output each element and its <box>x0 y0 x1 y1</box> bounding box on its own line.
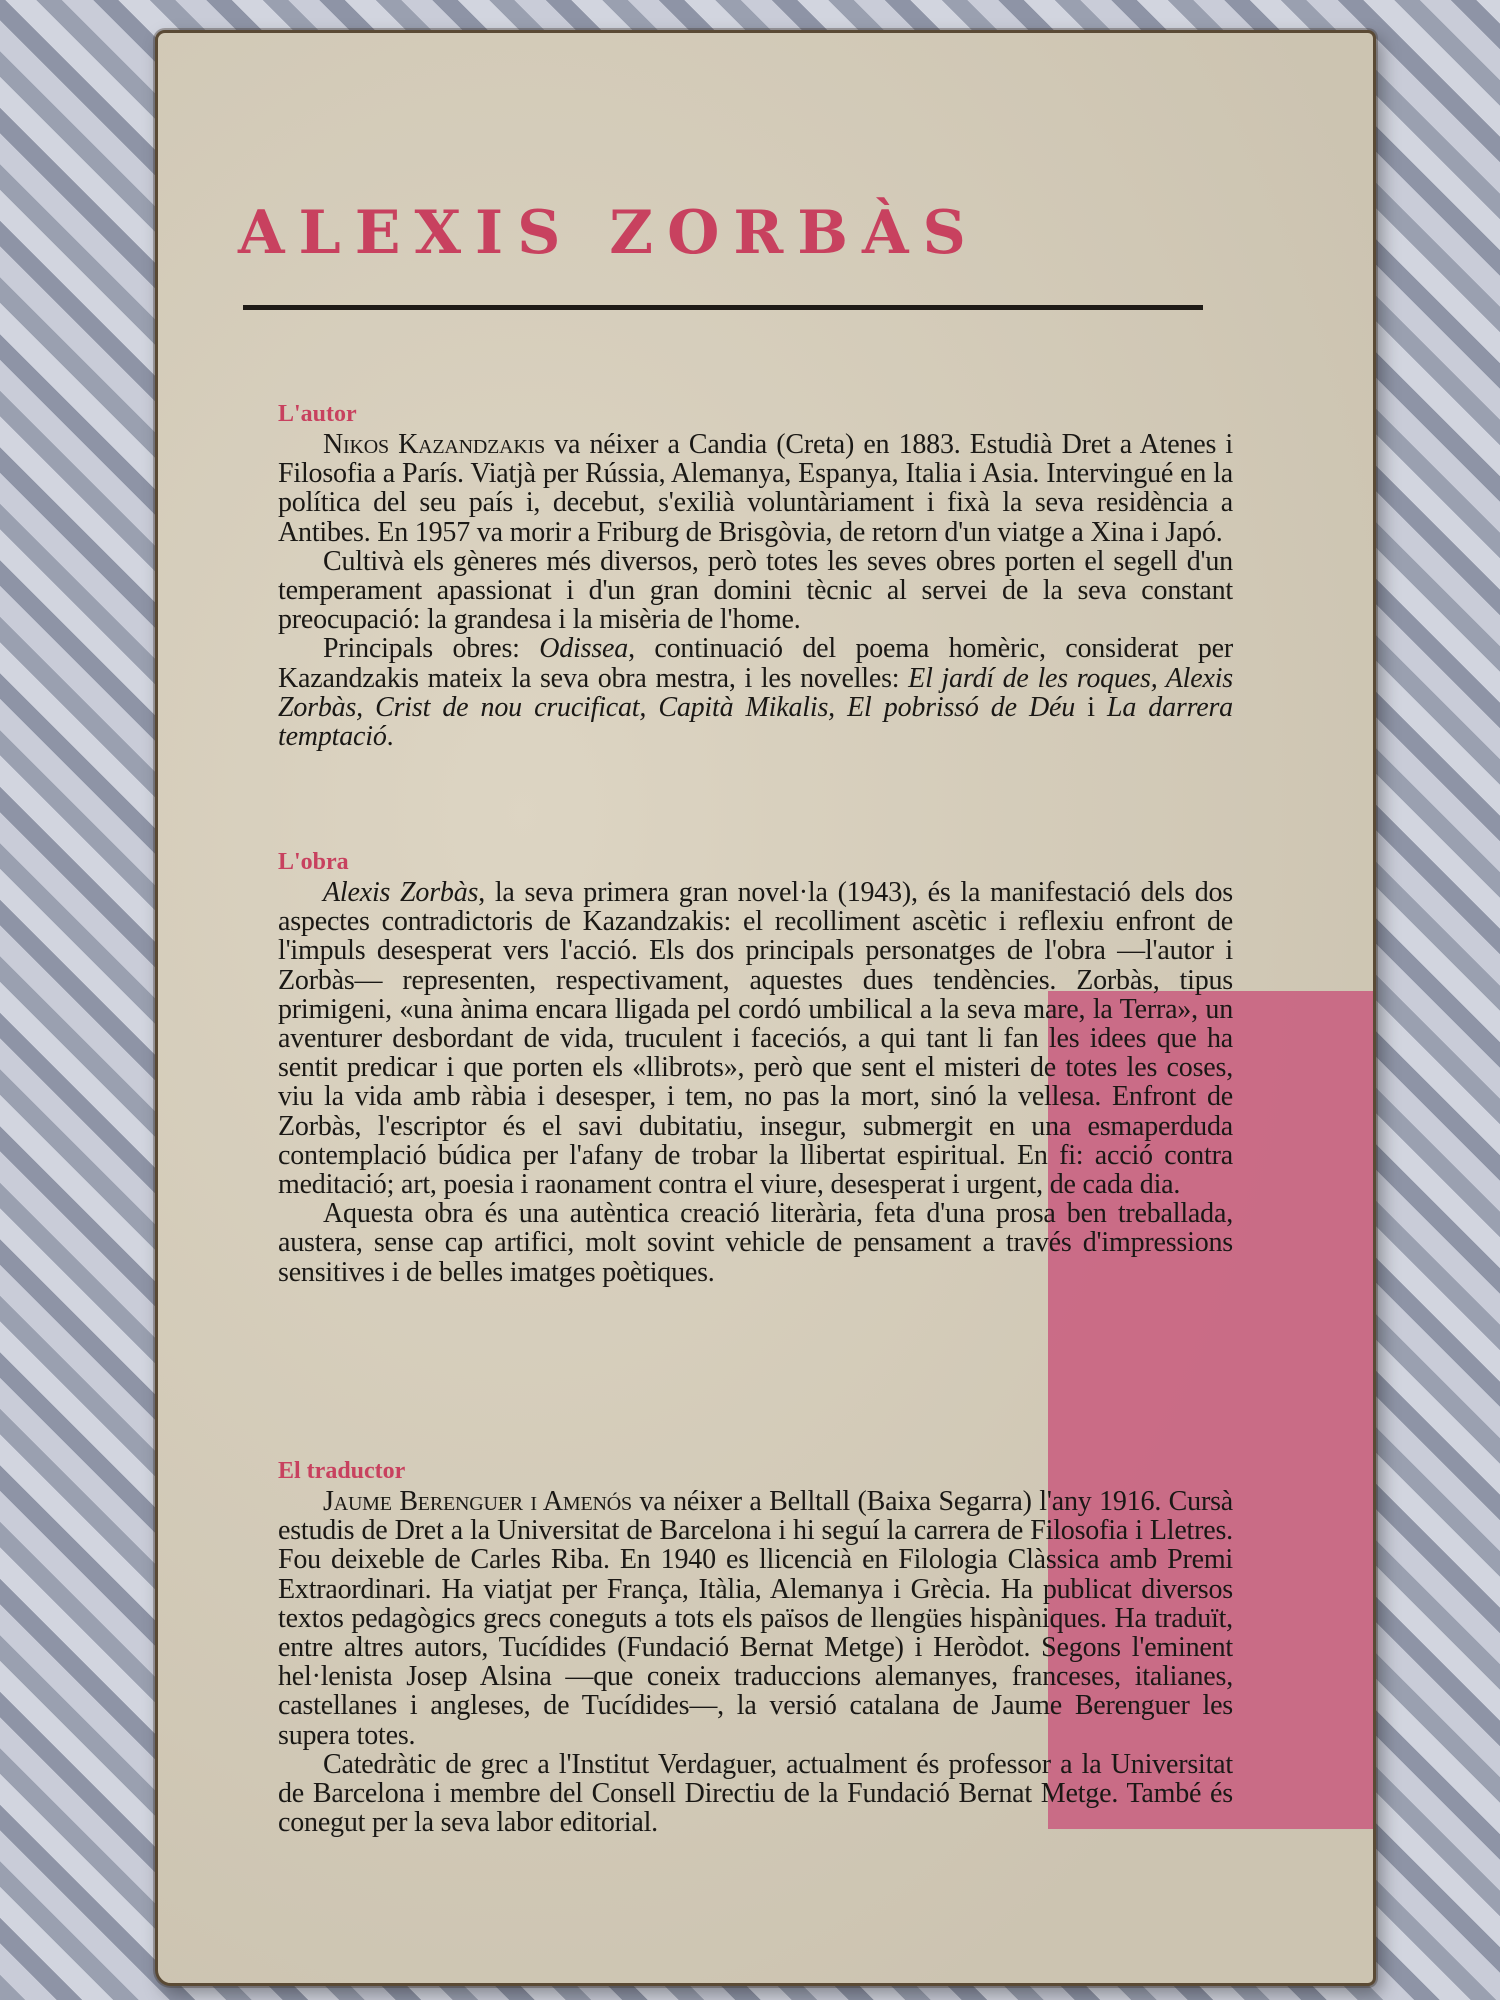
book-title: ALEXIS ZORBÀS <box>238 198 1218 268</box>
work-paragraph-2: Aquesta obra és una autèntica creació li… <box>278 1199 1233 1287</box>
translator-paragraph-2: Catedràtic de grec a l'Institut Verdague… <box>278 1750 1233 1838</box>
section-heading-translator: El traductor <box>278 1458 1233 1485</box>
work-paragraph-1: Alexis Zorbàs, la seva primera gran nove… <box>278 878 1233 1199</box>
work-description: , la seva primera gran novel·la (1943), … <box>278 877 1233 1200</box>
author-name: Nikos Kazandzakis <box>323 429 545 460</box>
translator-bio-text: va néixer a Belltall (Baixa Segarra) l'a… <box>278 1486 1233 1751</box>
section-translator: El traductor Jaume Berenguer i Amenós va… <box>278 1458 1233 1837</box>
period: . <box>387 721 394 752</box>
works-intro: Principals obres: <box>323 633 539 664</box>
book-back-cover: ALEXIS ZORBÀS L'autor Nikos Kazandzakis … <box>155 30 1376 1986</box>
author-paragraph-2: Cultivà els gèneres més diversos, però t… <box>278 547 1233 635</box>
section-author: L'autor Nikos Kazandzakis va néixer a Ca… <box>278 401 1233 751</box>
title-divider <box>243 305 1203 310</box>
section-work: L'obra Alexis Zorbàs, la seva primera gr… <box>278 849 1233 1287</box>
work-title-odissea: Odissea <box>539 633 628 664</box>
section-heading-work: L'obra <box>278 849 1233 876</box>
translator-paragraph-1: Jaume Berenguer i Amenós va néixer a Bel… <box>278 1487 1233 1750</box>
author-paragraph-3: Principals obres: Odissea, continuació d… <box>278 634 1233 751</box>
translator-name: Jaume Berenguer i Amenós <box>323 1486 632 1517</box>
section-heading-author: L'autor <box>278 401 1233 428</box>
author-paragraph-1: Nikos Kazandzakis va néixer a Candia (Cr… <box>278 430 1233 547</box>
work-title: Alexis Zorbàs <box>323 877 478 908</box>
conjunction: i <box>1075 692 1107 723</box>
